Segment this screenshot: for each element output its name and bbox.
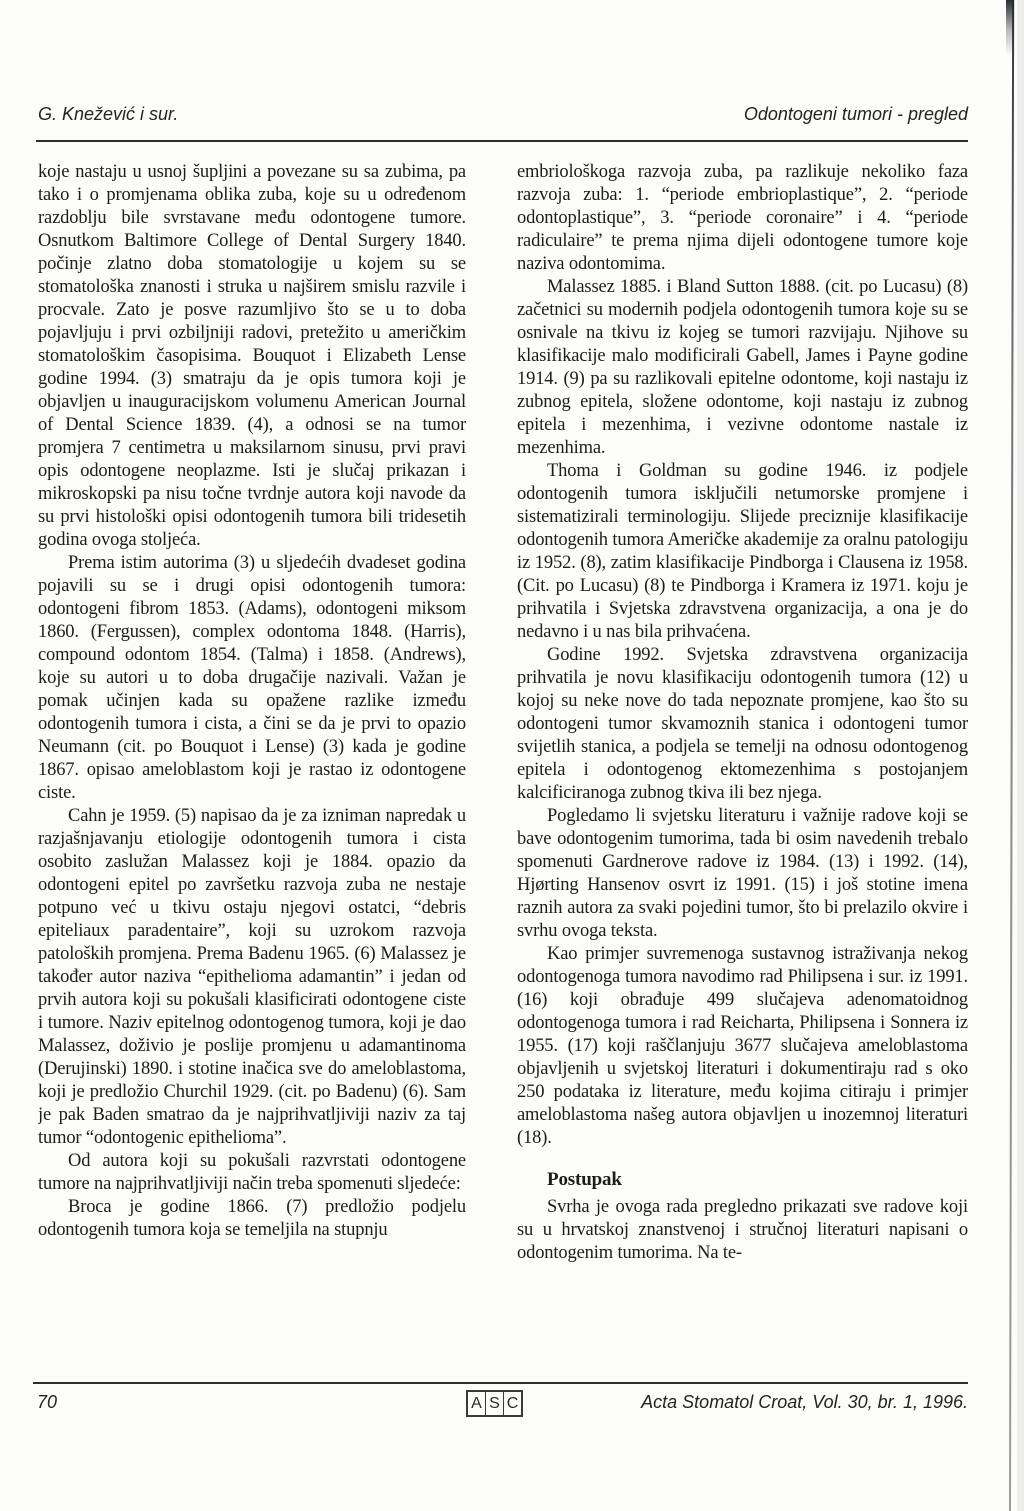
scan-edge-strip	[1017, 0, 1024, 1511]
section-heading: Postupak	[517, 1168, 968, 1191]
paragraph: Cahn je 1959. (5) napisao da je za iznim…	[38, 805, 466, 1150]
text-column-left: koje nastaju u usnoj šupljini a povezane…	[38, 161, 466, 1385]
paragraph: Prema istim autorima (3) u sljedećih dva…	[38, 552, 466, 805]
page-footer: 70 A S C Acta Stomatol Croat, Vol. 30, b…	[0, 1390, 1024, 1420]
header-rule	[36, 140, 968, 142]
journal-citation: Acta Stomatol Croat, Vol. 30, br. 1, 199…	[641, 1392, 968, 1413]
paragraph: Kao primjer suvremenoga sustavnog istraž…	[517, 943, 968, 1150]
asc-logo-letter: C	[504, 1392, 521, 1415]
text-column-right: embriološkoga razvoja zuba, pa razlikuje…	[517, 161, 968, 1385]
running-author: G. Knežević i sur.	[38, 104, 178, 125]
paragraph: Thoma i Goldman su godine 1946. iz podje…	[517, 460, 968, 644]
page-header: G. Knežević i sur. Odontogeni tumori - p…	[38, 104, 968, 125]
asc-logo-letter: S	[486, 1392, 504, 1415]
page-number: 70	[37, 1392, 57, 1413]
paragraph: Pogledamo li svjetsku literaturu i važni…	[517, 805, 968, 943]
paragraph: koje nastaju u usnoj šupljini a povezane…	[38, 161, 466, 552]
paragraph: Broca je godine 1866. (7) predložio podj…	[38, 1196, 466, 1242]
scan-artifact-line	[1009, 0, 1014, 1511]
footer-rule	[33, 1382, 968, 1384]
paragraph: Malassez 1885. i Bland Sutton 1888. (cit…	[517, 276, 968, 460]
running-title: Odontogeni tumori - pregled	[744, 104, 968, 125]
asc-journal-logo: A S C	[466, 1390, 523, 1417]
paragraph: Svrha je ovoga rada pregledno prikazati …	[517, 1196, 968, 1265]
paragraph: Od autora koji su pokušali razvrstati od…	[38, 1150, 466, 1196]
paragraph: Godine 1992. Svjetska zdravstvena organi…	[517, 644, 968, 805]
asc-logo-letter: A	[468, 1392, 486, 1415]
paragraph: embriološkoga razvoja zuba, pa razlikuje…	[517, 161, 968, 276]
